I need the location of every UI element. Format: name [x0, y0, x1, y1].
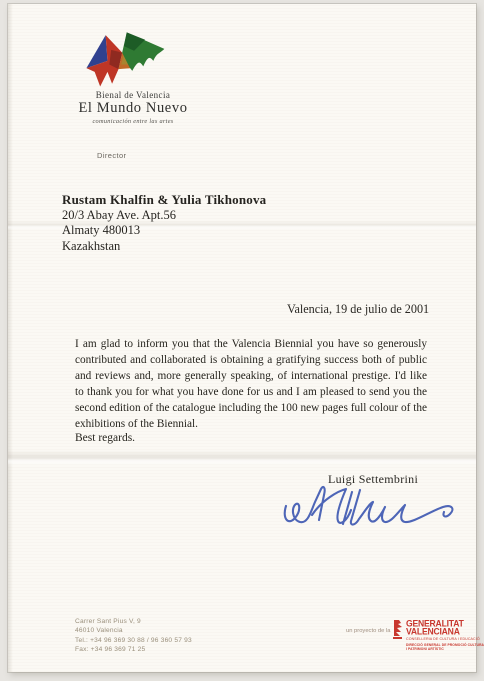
recipient-block: Rustam Khalfin & Yulia Tikhonova 20/3 Ab…: [62, 192, 266, 254]
letter-body: I am glad to inform you that the Valenci…: [75, 337, 427, 432]
org-tagline: comunicación entre las artes: [48, 118, 218, 125]
gv-dept-line2: I PATRIMONI ARTÍSTIC: [406, 647, 484, 651]
footer-address-block: Carrer Sant Pius V, 9 46010 Valencia Tel…: [75, 617, 192, 654]
footer-phone: Tel.: +34 96 369 30 88 / 96 360 57 93: [75, 636, 192, 645]
gv-title-line2: VALENCIANA: [406, 627, 484, 636]
scan-background: Bienal de Valencia El Mundo Nuevo comuni…: [0, 0, 484, 681]
footer-city: 46010 Valencia: [75, 626, 192, 635]
dateline: Valencia, 19 de julio de 2001: [287, 302, 429, 317]
org-name-line: Bienal de Valencia: [48, 90, 218, 100]
sender-title: Director: [97, 151, 126, 160]
recipient-address-line: Almaty 480013: [62, 223, 266, 239]
generalitat-valenciana-logo: GENERALITAT VALENCIANA CONSELLERIA DE CU…: [392, 619, 472, 651]
letter-page: Bienal de Valencia El Mundo Nuevo comuni…: [8, 4, 476, 672]
project-note: un proyecto de la: [346, 628, 390, 634]
gv-subtitle: CONSELLERIA DE CULTURA I EDUCACIÓ: [406, 637, 484, 641]
fold-crease-bottom: [8, 450, 476, 466]
bienal-kite-logo-icon: [78, 26, 170, 92]
footer-fax: Fax: +34 96 369 71 25: [75, 645, 192, 654]
letter-closing: Best regards.: [75, 432, 135, 444]
org-title-line: El Mundo Nuevo: [48, 100, 218, 117]
recipient-address-line: Kazakhstan: [62, 239, 266, 255]
generalitat-emblem-icon: [392, 619, 404, 641]
recipient-address-line: 20/3 Abay Ave. Apt.56: [62, 208, 266, 224]
letterhead-text: Bienal de Valencia El Mundo Nuevo comuni…: [48, 90, 218, 125]
recipient-name: Rustam Khalfin & Yulia Tikhonova: [62, 192, 266, 208]
paper-edge-shadow: [8, 4, 13, 672]
footer-street: Carrer Sant Pius V, 9: [75, 617, 192, 626]
handwritten-signature: [280, 480, 472, 542]
